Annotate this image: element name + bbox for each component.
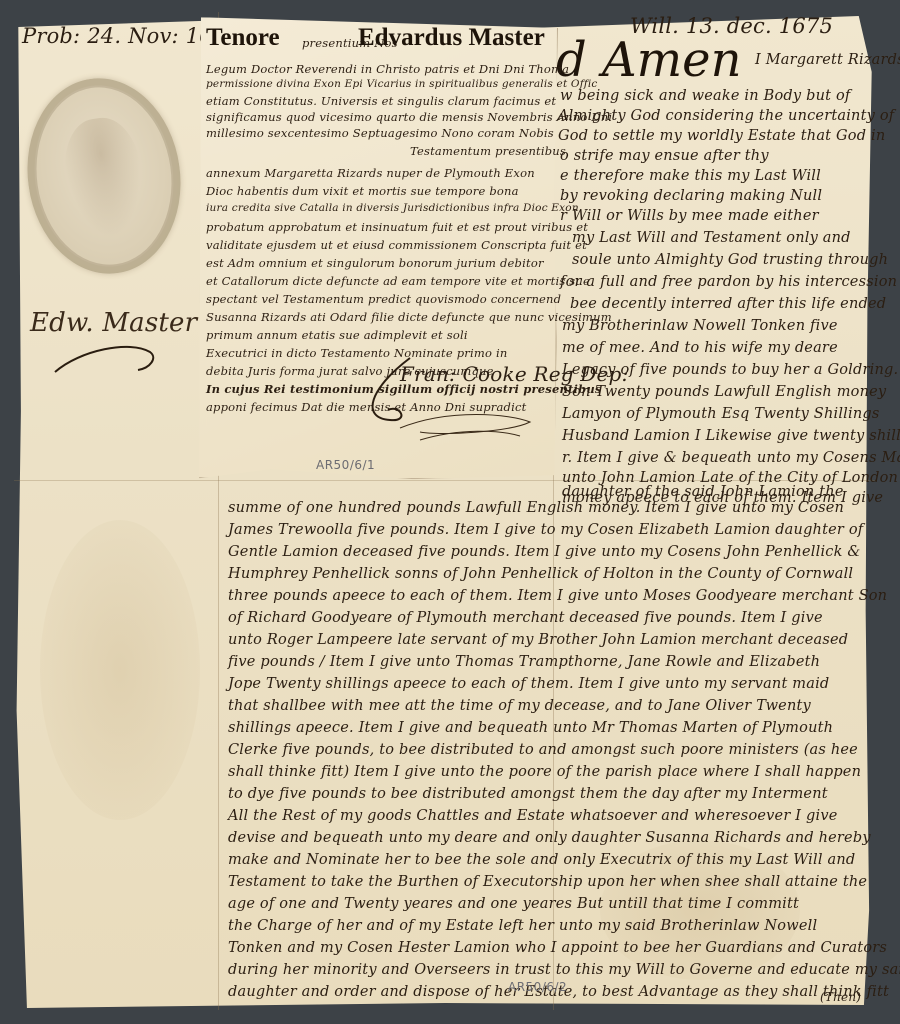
paper-stain [40, 520, 200, 820]
will-line: age of one and Twenty yeares and one yea… [228, 896, 799, 912]
will-line: Humphrey Penhellick sonns of John Penhel… [228, 566, 853, 582]
slip-line: permissione divina Exon Epi Vicarius in … [206, 78, 598, 90]
will-line: five pounds / Item I give unto Thomas Tr… [228, 654, 820, 670]
will-line: devise and bequeath unto my deare and on… [228, 830, 871, 846]
slip-line: Testamentum presentibus [410, 144, 566, 158]
will-line: Jope Twenty shillings apeece to each of … [228, 676, 829, 692]
slip-line: est Adm omnium et singulorum bonorum jur… [206, 256, 544, 270]
will-line: o strife may ensue after thy [560, 148, 769, 164]
will-line: make and Nominate her to bee the sole an… [228, 852, 855, 868]
will-line: Husband Lamion I Likewise give twenty sh… [562, 428, 900, 444]
will-line: the Charge of her and of my Estate left … [228, 918, 817, 934]
archive-reference-2: AR50/6/2 [508, 980, 567, 994]
slip-line: Susanna Rizards ati Odard filie dicte de… [206, 310, 612, 324]
seal-figure-icon [58, 113, 150, 242]
will-line: during her minority and Overseers in tru… [228, 962, 900, 978]
will-line: soule unto Almighty God trusting through [572, 252, 888, 268]
will-line: me of mee. And to his wife my deare [562, 340, 838, 356]
slip-line: primum annum etatis sue adimplevit et so… [206, 328, 468, 342]
slip-line: iura credita sive Catalla in diversis Ju… [206, 202, 579, 214]
will-line: shall thinke fitt) Item I give unto the … [228, 764, 861, 780]
will-line: by revoking declaring making Null [560, 188, 822, 204]
will-line: Gentle Lamion deceased five pounds. Item… [228, 544, 861, 560]
will-line: w being sick and weake in Body but of [560, 88, 850, 104]
slip-line: etiam Constitutus. Universis et singulis… [206, 94, 556, 108]
will-line: my Last Will and Testament only and [572, 230, 851, 246]
registrar-signature: Fran: Cooke Reg Dep: [400, 362, 629, 386]
slip-line: Dioc habentis dum vixit et mortis sue te… [206, 184, 519, 198]
will-line: summe of one hundred pounds Lawfull Engl… [228, 500, 844, 516]
catchword: (Then) [820, 990, 861, 1004]
will-line: r. Item I give & bequeath unto my Cosens… [562, 450, 900, 466]
slip-line: probatum approbatum et insinuatum fuit e… [206, 220, 588, 234]
slip-line: significamus quod vicesimo quarto die me… [206, 110, 612, 124]
slip-line: validitate ejusdem ut et eiusd commissio… [206, 238, 587, 252]
slip-line: Legum Doctor Reverendi in Christo patris… [206, 62, 569, 76]
will-line: for a full and free pardon by his interc… [560, 274, 897, 290]
will-line: shillings apeece. Item I give and bequea… [228, 720, 833, 736]
will-line: bee decently interred after this life en… [570, 296, 886, 312]
will-line: r Will or Wills by mee made either [560, 208, 819, 224]
will-line: Testament to take the Burthen of Executo… [228, 874, 867, 890]
slip-line: spectant vel Testamentum predict quovism… [206, 292, 561, 306]
archive-reference-1: AR50/6/1 [316, 458, 375, 472]
will-line: that shallbee with mee att the time of m… [228, 698, 811, 714]
slip-line: annexum Margaretta Rizards nuper de Plym… [206, 166, 535, 180]
will-line: unto Roger Lampeere late servant of my B… [228, 632, 848, 648]
margin-signature: Edw. Master [30, 308, 197, 338]
will-line: three pounds apeece to each of them. Ite… [228, 588, 887, 604]
signature-flourish-icon [50, 340, 160, 380]
will-line: e therefore make this my Last Will [560, 168, 821, 184]
will-line: God to settle my worldly Estate that God… [558, 128, 885, 144]
slip-line: et Catallorum dicte defuncte ad eam temp… [206, 274, 590, 288]
will-opening: I Margarett Rizards [755, 52, 900, 68]
will-line: Lamyon of Plymouth Esq Twenty Shillings [562, 406, 880, 422]
will-line: James Trewoolla five pounds. Item I give… [228, 522, 863, 538]
will-line: daughter of the said John Lamion the [562, 484, 844, 500]
will-line: All the Rest of my goods Chattles and Es… [228, 808, 838, 824]
slip-heading-name: Edvardus Master [358, 24, 545, 52]
will-line: of Richard Goodyeare of Plymouth merchan… [228, 610, 823, 626]
will-line: Clerke five pounds, to bee distributed t… [228, 742, 858, 758]
slip-line: millesimo sexcentesimo Septuagesimo Nono… [206, 126, 554, 140]
will-line: Tonken and my Cosen Hester Lamion who I … [228, 940, 887, 956]
will-line: Son Twenty pounds Lawfull English money [562, 384, 886, 400]
will-line: to dye five pounds to bee distributed am… [228, 786, 828, 802]
slip-heading-tenore: Tenore [206, 24, 280, 52]
